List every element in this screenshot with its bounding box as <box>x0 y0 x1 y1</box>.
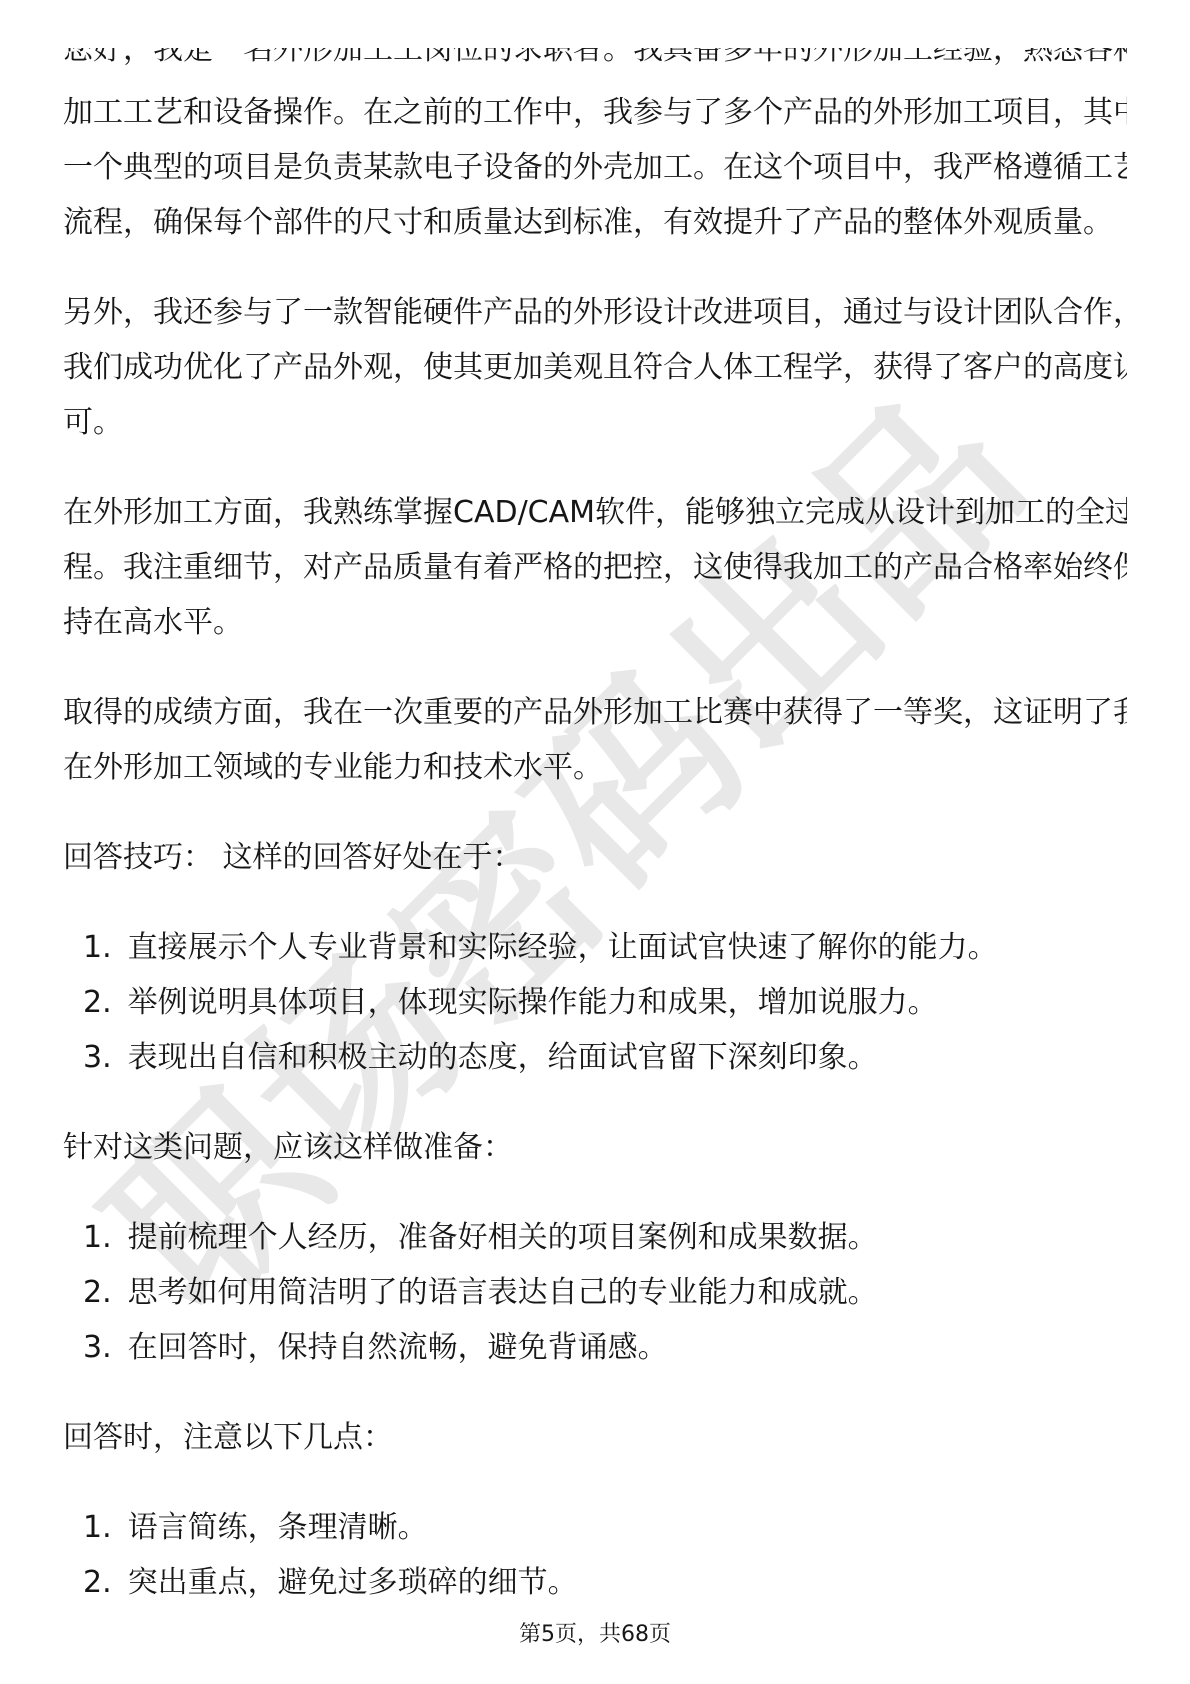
list-item: 2.突出重点，避免过多琐碎的细节。 <box>63 1555 1127 1610</box>
list-item-number: 3. <box>83 1030 112 1085</box>
list-item: 1.直接展示个人专业背景和实际经验，让面试官快速了解你的能力。 <box>63 920 1127 975</box>
text-line: 针对这类问题，应该这样做准备： <box>63 1120 1127 1175</box>
ordered-list-answer-points: 1.语言简练，条理清晰。 2.突出重点，避免过多琐碎的细节。 <box>63 1500 1127 1610</box>
text-line: 另外，我还参与了一款智能硬件产品的外形设计改进项目，通过与设计团队合作， <box>63 285 1127 340</box>
text-line: 一个典型的项目是负责某款电子设备的外壳加工。在这个项目中，我严格遵循工艺 <box>63 140 1127 195</box>
list-item-text: 突出重点，避免过多琐碎的细节。 <box>128 1565 578 1600</box>
list-item: 3.在回答时，保持自然流畅，避免背诵感。 <box>63 1320 1127 1375</box>
list-item-number: 3. <box>83 1320 112 1375</box>
text-line: 程。我注重细节，对产品质量有着严格的把控，这使得我加工的产品合格率始终保 <box>63 540 1127 595</box>
text-line: 您好，我是一名外形加工工岗位的求职者。我具备多年的外形加工经验，熟悉各种 <box>63 48 1127 65</box>
list-item-text: 思考如何用简洁明了的语言表达自己的专业能力和成就。 <box>128 1275 878 1310</box>
text-line: 回答时，注意以下几点： <box>63 1410 1127 1465</box>
paragraph-achievements: 取得的成绩方面，我在一次重要的产品外形加工比赛中获得了一等奖，这证明了我 在外形… <box>63 685 1127 795</box>
ordered-list-preparation: 1.提前梳理个人经历，准备好相关的项目案例和成果数据。 2.思考如何用简洁明了的… <box>63 1210 1127 1375</box>
list-item-number: 1. <box>83 1210 112 1265</box>
list-item: 2.思考如何用简洁明了的语言表达自己的专业能力和成就。 <box>63 1265 1127 1320</box>
text-line: 可。 <box>63 395 1127 450</box>
list-item-number: 2. <box>83 1555 112 1610</box>
list-item-text: 直接展示个人专业背景和实际经验，让面试官快速了解你的能力。 <box>128 930 998 965</box>
ordered-list-benefits: 1.直接展示个人专业背景和实际经验，让面试官快速了解你的能力。 2.举例说明具体… <box>63 920 1127 1085</box>
list-item-text: 在回答时，保持自然流畅，避免背诵感。 <box>128 1330 668 1365</box>
list-item: 1.语言简练，条理清晰。 <box>63 1500 1127 1555</box>
list-item: 2.举例说明具体项目，体现实际操作能力和成果，增加说服力。 <box>63 975 1127 1030</box>
text-line: 加工工艺和设备操作。在之前的工作中，我参与了多个产品的外形加工项目，其中 <box>63 85 1127 140</box>
text-line: 在外形加工方面，我熟练掌握CAD/CAM软件，能够独立完成从设计到加工的全过 <box>63 485 1127 540</box>
clipped-first-line: 您好，我是一名外形加工工岗位的求职者。我具备多年的外形加工经验，熟悉各种 <box>63 48 1127 66</box>
heading-preparation: 针对这类问题，应该这样做准备： <box>63 1120 1127 1175</box>
list-item-text: 语言简练，条理清晰。 <box>128 1510 428 1545</box>
document-page: 职场密码出品 您好，我是一名外形加工工岗位的求职者。我具备多年的外形加工经验，熟… <box>0 0 1190 1684</box>
list-item-number: 1. <box>83 1500 112 1555</box>
list-item-number: 2. <box>83 975 112 1030</box>
list-item-number: 2. <box>83 1265 112 1320</box>
heading-answer-tips: 回答技巧： 这样的回答好处在于： <box>63 830 1127 885</box>
list-item-text: 举例说明具体项目，体现实际操作能力和成果，增加说服力。 <box>128 985 938 1020</box>
document-content: 加工工艺和设备操作。在之前的工作中，我参与了多个产品的外形加工项目，其中 一个典… <box>63 85 1127 1645</box>
text-line: 取得的成绩方面，我在一次重要的产品外形加工比赛中获得了一等奖，这证明了我 <box>63 685 1127 740</box>
paragraph-skills: 在外形加工方面，我熟练掌握CAD/CAM软件，能够独立完成从设计到加工的全过 程… <box>63 485 1127 650</box>
text-line: 持在高水平。 <box>63 595 1127 650</box>
list-item: 1.提前梳理个人经历，准备好相关的项目案例和成果数据。 <box>63 1210 1127 1265</box>
list-item-number: 1. <box>83 920 112 975</box>
text-line: 在外形加工领域的专业能力和技术水平。 <box>63 740 1127 795</box>
text-line: 回答技巧： 这样的回答好处在于： <box>63 830 1127 885</box>
list-item-text: 提前梳理个人经历，准备好相关的项目案例和成果数据。 <box>128 1220 878 1255</box>
text-line: 流程，确保每个部件的尺寸和质量达到标准，有效提升了产品的整体外观质量。 <box>63 195 1127 250</box>
paragraph-design-project: 另外，我还参与了一款智能硬件产品的外形设计改进项目，通过与设计团队合作， 我们成… <box>63 285 1127 450</box>
paragraph-intro: 加工工艺和设备操作。在之前的工作中，我参与了多个产品的外形加工项目，其中 一个典… <box>63 85 1127 250</box>
list-item: 3.表现出自信和积极主动的态度，给面试官留下深刻印象。 <box>63 1030 1127 1085</box>
text-line: 我们成功优化了产品外观，使其更加美观且符合人体工程学，获得了客户的高度认 <box>63 340 1127 395</box>
page-number-footer: 第5页，共68页 <box>0 1618 1190 1652</box>
list-item-text: 表现出自信和积极主动的态度，给面试官留下深刻印象。 <box>128 1040 878 1075</box>
heading-answer-notes: 回答时，注意以下几点： <box>63 1410 1127 1465</box>
